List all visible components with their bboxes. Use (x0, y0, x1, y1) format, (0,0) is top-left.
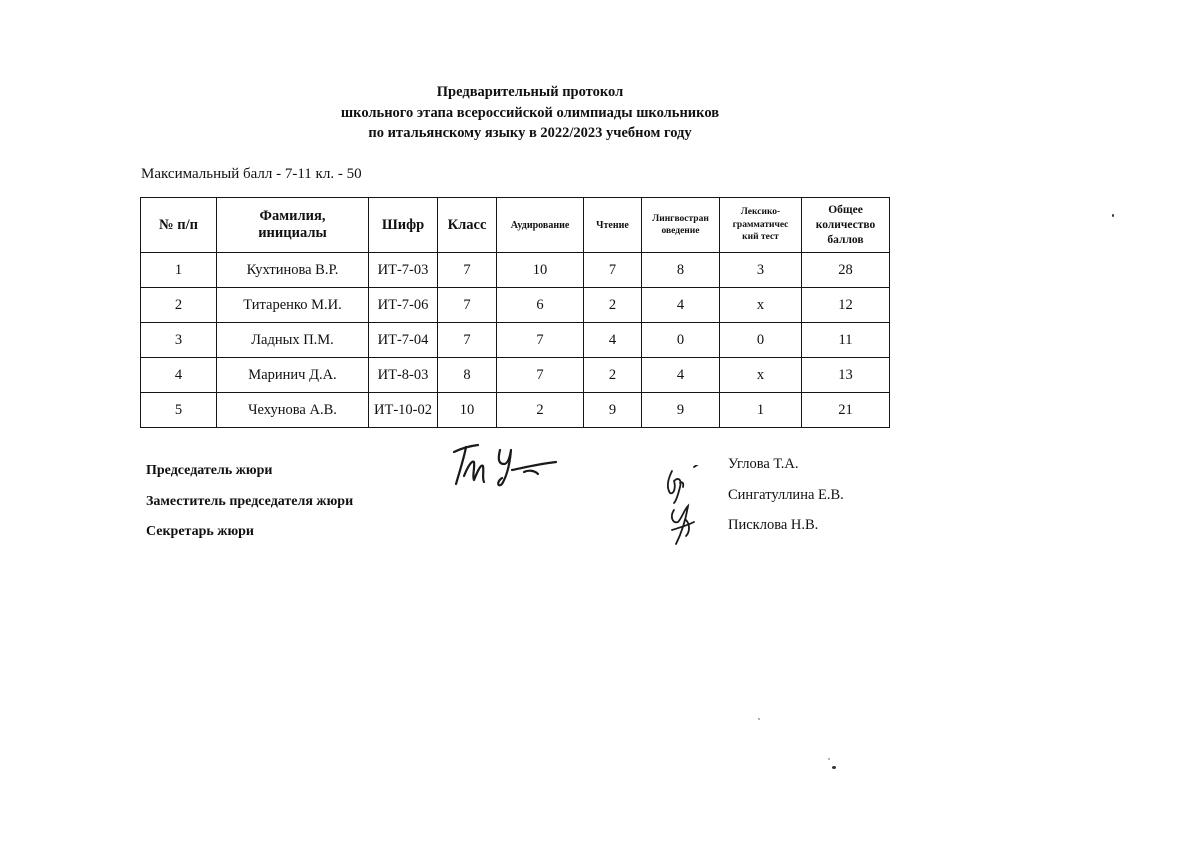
cell-num: 2 (141, 288, 217, 323)
scan-speck (832, 766, 836, 769)
cell-reading: 2 (584, 288, 642, 323)
secretary-signature (664, 500, 704, 548)
cell-num: 3 (141, 323, 217, 358)
cell-lexgram: x (720, 288, 802, 323)
cell-reading: 4 (584, 323, 642, 358)
cell-name: Кухтинова В.Р. (217, 253, 369, 288)
cell-lexgram: x (720, 358, 802, 393)
cell-reading: 2 (584, 358, 642, 393)
cell-code: ИТ-7-03 (369, 253, 438, 288)
cell-listening: 10 (497, 253, 584, 288)
header-reading: Чтение (584, 198, 642, 253)
cell-name: Титаренко М.И. (217, 288, 369, 323)
header-total: Общееколичествобаллов (802, 198, 890, 253)
cell-total: 11 (802, 323, 890, 358)
cell-reading: 7 (584, 253, 642, 288)
jury-names: Углова Т.А. Сингатуллина Е.В. Писклова Н… (728, 454, 844, 546)
cell-name: Маринич Д.А. (217, 358, 369, 393)
cell-name: Ладных П.М. (217, 323, 369, 358)
header-name: Фамилия,инициалы (217, 198, 369, 253)
cell-total: 13 (802, 358, 890, 393)
cell-reading: 9 (584, 393, 642, 428)
cell-num: 5 (141, 393, 217, 428)
cell-listening: 7 (497, 323, 584, 358)
header-listening: Аудирование (497, 198, 584, 253)
role-chair: Председатель жюри (146, 461, 353, 492)
deputy-signature (658, 465, 708, 505)
cell-grade: 10 (438, 393, 497, 428)
cell-lexgram: 3 (720, 253, 802, 288)
scan-speck (1112, 214, 1114, 217)
chair-signature (448, 440, 563, 490)
cell-code: ИТ-8-03 (369, 358, 438, 393)
cell-name: Чехунова А.В. (217, 393, 369, 428)
header-number: № п/п (141, 198, 217, 253)
table-row: 5Чехунова А.В.ИТ-10-0210299121 (141, 393, 890, 428)
cell-code: ИТ-7-04 (369, 323, 438, 358)
role-secretary: Секретарь жюри (146, 522, 353, 553)
cell-total: 28 (802, 253, 890, 288)
header-grade: Класс (438, 198, 497, 253)
cell-listening: 6 (497, 288, 584, 323)
name-secretary: Писклова Н.В. (728, 515, 844, 546)
table-header-row: № п/п Фамилия,инициалы Шифр Класс Аудиро… (141, 198, 890, 253)
title-line-1: Предварительный протокол (0, 82, 1060, 103)
cell-total: 12 (802, 288, 890, 323)
cell-grade: 7 (438, 323, 497, 358)
cell-lexgram: 1 (720, 393, 802, 428)
cell-culture: 8 (642, 253, 720, 288)
cell-num: 4 (141, 358, 217, 393)
title-line-2: школьного этапа всероссийской олимпиады … (0, 103, 1060, 124)
cell-culture: 0 (642, 323, 720, 358)
max-score-note: Максимальный балл - 7-11 кл. - 50 (141, 166, 362, 183)
cell-total: 21 (802, 393, 890, 428)
header-code: Шифр (369, 198, 438, 253)
cell-num: 1 (141, 253, 217, 288)
document-title: Предварительный протокол школьного этапа… (0, 82, 1060, 144)
cell-culture: 9 (642, 393, 720, 428)
cell-grade: 7 (438, 288, 497, 323)
results-table: № п/п Фамилия,инициалы Шифр Класс Аудиро… (140, 197, 890, 428)
cell-listening: 2 (497, 393, 584, 428)
cell-grade: 8 (438, 358, 497, 393)
cell-culture: 4 (642, 358, 720, 393)
cell-culture: 4 (642, 288, 720, 323)
cell-lexgram: 0 (720, 323, 802, 358)
cell-listening: 7 (497, 358, 584, 393)
table-row: 1Кухтинова В.Р.ИТ-7-0371078328 (141, 253, 890, 288)
title-line-3: по итальянскому языку в 2022/2023 учебно… (0, 123, 1060, 144)
table-row: 2Титаренко М.И.ИТ-7-067624x12 (141, 288, 890, 323)
scan-speck (828, 758, 830, 760)
header-culture: Лингвострановедение (642, 198, 720, 253)
name-chair: Углова Т.А. (728, 454, 844, 485)
table-row: 4Маринич Д.А.ИТ-8-038724x13 (141, 358, 890, 393)
cell-grade: 7 (438, 253, 497, 288)
table-row: 3Ладных П.М.ИТ-7-047740011 (141, 323, 890, 358)
name-deputy-chair: Сингатуллина Е.В. (728, 485, 844, 516)
jury-roles: Председатель жюри Заместитель председате… (146, 461, 353, 553)
role-deputy-chair: Заместитель председателя жюри (146, 492, 353, 523)
cell-code: ИТ-10-02 (369, 393, 438, 428)
scan-speck (758, 718, 760, 720)
header-lexgram: Лексико-грамматический тест (720, 198, 802, 253)
cell-code: ИТ-7-06 (369, 288, 438, 323)
